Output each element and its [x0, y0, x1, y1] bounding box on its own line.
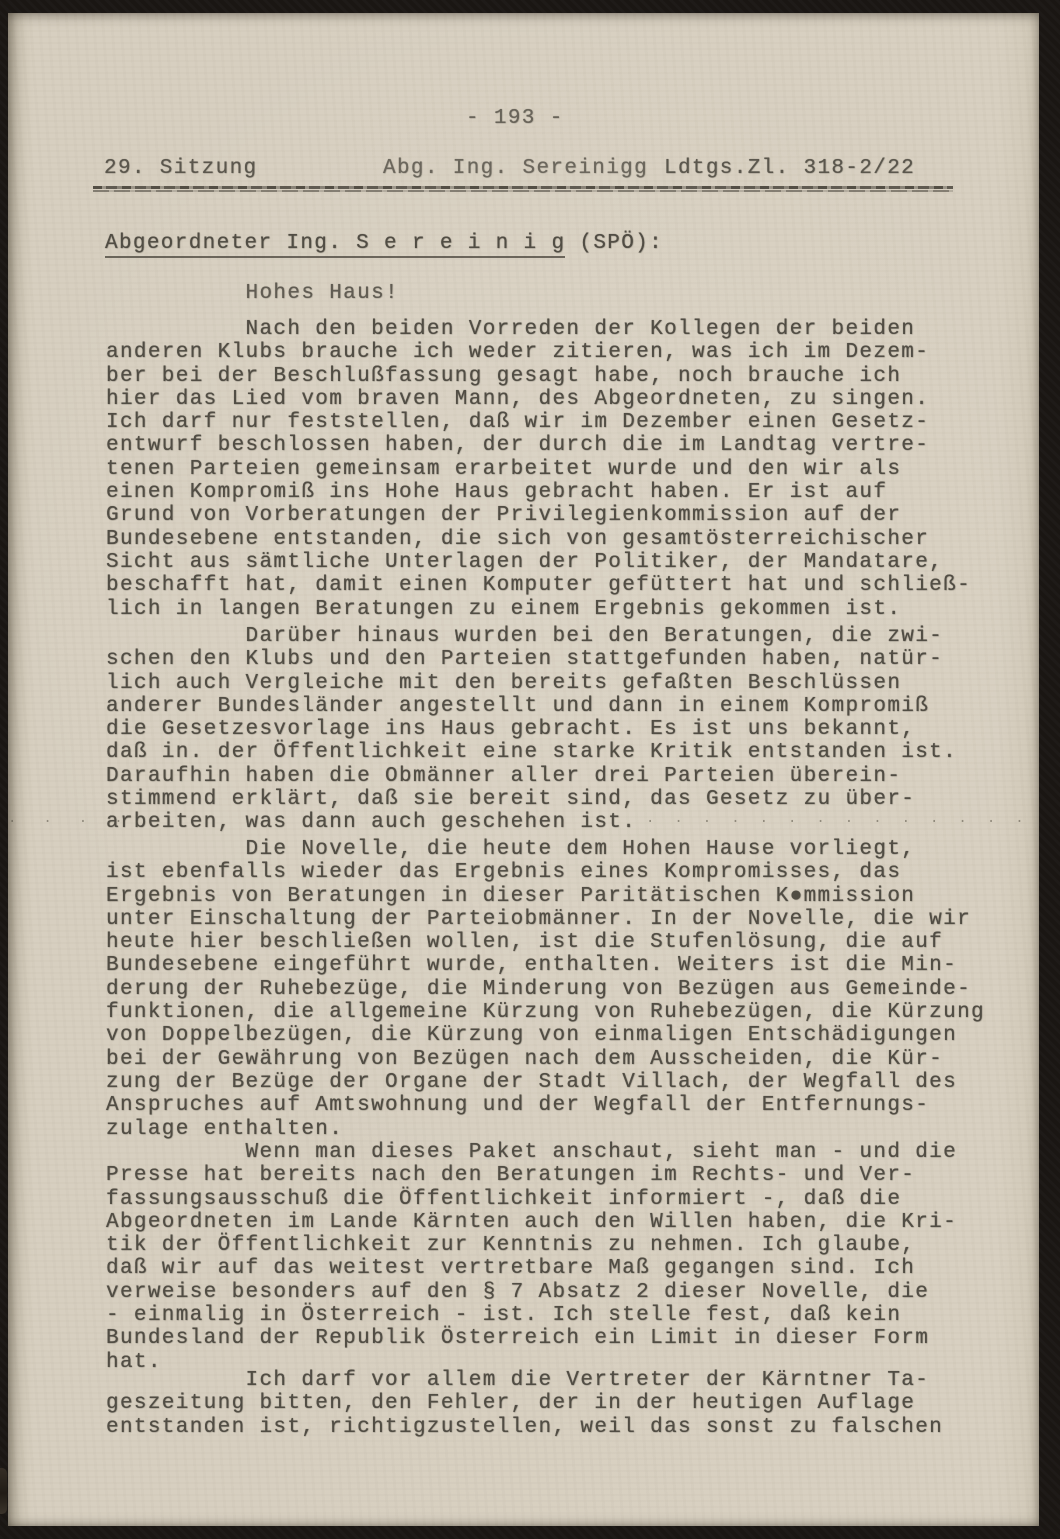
paragraph-1: Nach den beiden Vorreden der Kollegen de… — [106, 318, 971, 621]
scan-edge-artifact — [0, 1468, 7, 1514]
paragraph-5: Ich darf vor allem die Vertreter der Kär… — [106, 1369, 943, 1439]
paragraph-3: Die Novelle, die heute dem Hohen Hause v… — [106, 838, 985, 1141]
dotted-scan-artifact-right: ·············· — [646, 811, 1044, 834]
paper-sheet: - 193 - 29. Sitzung Abg. Ing. Sereinigg … — [8, 13, 1039, 1526]
salutation: Hohes Haus! — [106, 282, 399, 305]
dotted-scan-artifact-left: ···· — [8, 811, 150, 834]
paragraph-4: Wenn man dieses Paket anschaut, sieht ma… — [106, 1141, 957, 1374]
speaker-intro-line: Abgeordneter Ing. S e r e i n i g (SPÖ): — [105, 232, 663, 258]
speaker-name-underlined: Abgeordneter Ing. S e r e i n i g — [105, 232, 565, 258]
document-reference-number: Ldtgs.Zl. 318-2/22 — [664, 157, 915, 180]
session-label: 29. Sitzung — [104, 157, 257, 180]
header-rule-line — [93, 186, 953, 192]
header-speaker-name: Abg. Ing. Sereinigg — [383, 157, 648, 180]
page-number: - 193 - — [466, 107, 564, 130]
paragraph-2: Darüber hinaus wurden bei den Beratungen… — [106, 625, 957, 835]
speaker-party-label: (SPÖ): — [565, 232, 663, 255]
scanned-document-page: - 193 - 29. Sitzung Abg. Ing. Sereinigg … — [0, 0, 1060, 1539]
